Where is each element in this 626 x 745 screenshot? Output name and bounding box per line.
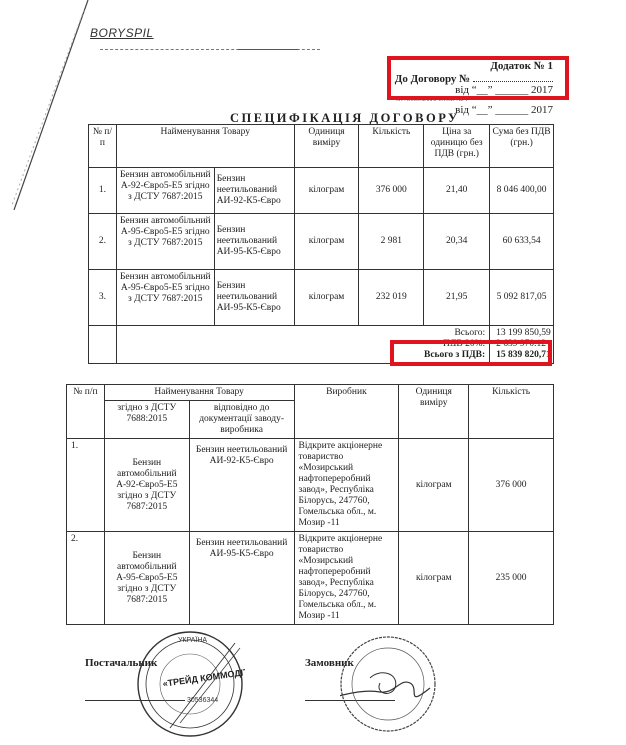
col-header-name-dstu: згідно з ДСТУ 7688:2015 <box>104 401 189 439</box>
col-header-qty: Кількість <box>359 125 424 168</box>
col-header-n: № п/п <box>67 385 105 439</box>
producers-table: № п/п Найменування Товару Виробник Одини… <box>66 384 554 625</box>
total-value: 13 199 850,59 <box>496 328 551 339</box>
stamp-code: 30536344 <box>187 697 218 704</box>
stamp-name: «ТРЕЙД КОММОДІТІ» <box>162 665 245 689</box>
col-header-unit: Одиниця виміру <box>399 385 469 439</box>
header-rule <box>238 49 298 50</box>
col-header-producer: Виробник <box>294 385 399 439</box>
table-row: 1. Бензин автомобільний А-92-Євро5-Е5 зг… <box>89 168 554 214</box>
col-header-unit: Одиниця виміру <box>294 125 359 168</box>
table-row: 1. Бензин автомобільний А-92-Євро5-Е5 зг… <box>67 439 554 532</box>
col-header-n: № п/п <box>89 125 117 168</box>
highlight-contract-box <box>387 56 569 100</box>
col-header-name: Найменування Товару <box>104 385 294 401</box>
total-label: Всього: <box>119 328 485 339</box>
col-header-qty: Кількість <box>469 385 554 439</box>
col-header-name: Найменування Товару <box>116 125 294 168</box>
col-header-price: Ціна за одиницю без ПДВ (грн.) <box>424 125 490 168</box>
page-edge-shadow <box>0 0 90 210</box>
supplier-stamp-icon: УКРАЇНА «ТРЕЙД КОММОДІТІ» 30536344 <box>135 628 245 740</box>
col-header-sum: Сума без ПДВ (грн.) <box>490 125 554 168</box>
table-row: 2. Бензин автомобільний А-95-Євро5-Е5 зг… <box>67 532 554 625</box>
col-header-name-mfr: відповідно до документації заводу-виробн… <box>189 401 294 439</box>
customer-stamp-icon <box>340 628 440 740</box>
svg-text:УКРАЇНА: УКРАЇНА <box>178 636 207 644</box>
highlight-total-box <box>390 340 552 366</box>
company-logo: BORYSPIL <box>90 26 154 40</box>
spec-table: № п/п Найменування Товару Одиниця виміру… <box>88 124 554 364</box>
table-row: 2. Бензин автомобільний А-95-Євро5-Е5 зг… <box>89 214 554 270</box>
table-row: 3. Бензин автомобільний А-95-Євро5-Е5 зг… <box>89 270 554 326</box>
